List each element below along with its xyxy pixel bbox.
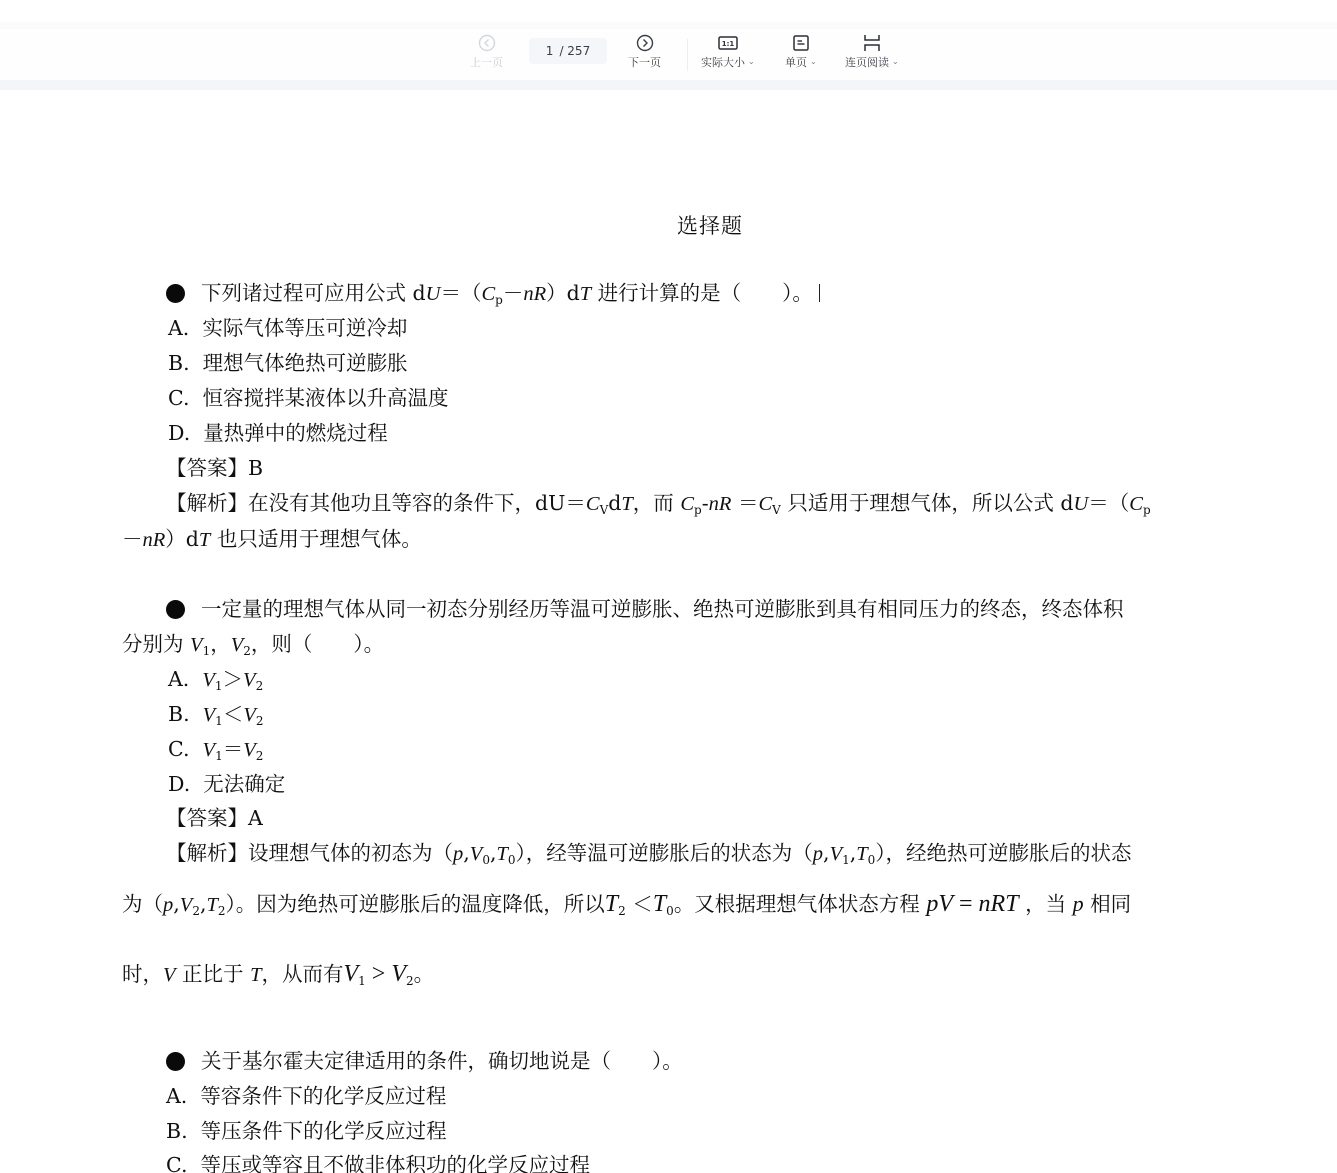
actual-size-dropdown[interactable]: 1:1 实际大小⌄ xyxy=(701,33,755,70)
section-title: 选择题 xyxy=(0,210,1337,240)
question-2-analysis-line-3: 时，V 正比于 T，从而有V1 > V2。 xyxy=(122,957,434,988)
question-1-analysis-line-1: 【解析】在没有其他功且等容的条件下，dU＝CVdT，而 Cp-nR ＝CV 只适… xyxy=(166,486,1151,517)
single-page-icon xyxy=(793,33,809,53)
reader-toolbar: 上一页 1 / 257 下一页 1:1 实际大小⌄ 单页⌄ 连页阅读⌄ xyxy=(0,29,1337,80)
continuous-reading-dropdown[interactable]: 连页阅读⌄ xyxy=(845,33,899,70)
chevron-left-circle-icon xyxy=(478,33,496,53)
prev-page-label: 上一页 xyxy=(470,54,503,70)
toolbar-shadow xyxy=(0,80,1337,90)
single-page-dropdown[interactable]: 单页⌄ xyxy=(785,33,817,70)
question-1-analysis-line-2: －nR）dT 也只适用于理想气体。 xyxy=(122,522,422,552)
text-cursor xyxy=(819,284,820,302)
continuous-scroll-icon xyxy=(863,33,881,53)
question-2-stem-line-1: 一定量的理想气体从同一初态分别经历等温可逆膨胀、绝热可逆膨胀到具有相同压力的终态… xyxy=(166,592,1124,622)
prev-page-button[interactable]: 上一页 xyxy=(470,33,503,70)
divider xyxy=(0,22,1337,29)
question-3-option-b: B. 等压条件下的化学反应过程 xyxy=(166,1114,447,1144)
question-1-option-b: B. 理想气体绝热可逆膨胀 xyxy=(168,346,408,376)
actual-size-label: 实际大小 xyxy=(701,54,745,70)
question-1-option-a: A. 实际气体等压可逆冷却 xyxy=(168,311,407,341)
window-top-strip xyxy=(0,0,1337,22)
question-2-option-a: A. V1＞V2 xyxy=(168,662,263,693)
chevron-down-icon: ⌄ xyxy=(892,57,899,66)
question-3-stem: 关于基尔霍夫定律适用的条件，确切地说是（ ）。 xyxy=(166,1044,683,1074)
page-number-field[interactable]: 1 / 257 xyxy=(529,38,607,64)
question-2-answer: 【答案】A xyxy=(166,801,263,831)
next-page-button[interactable]: 下一页 xyxy=(628,33,661,70)
question-1-answer: 【答案】B xyxy=(166,451,263,481)
svg-text:1:1: 1:1 xyxy=(722,40,735,48)
chevron-right-circle-icon xyxy=(636,33,654,53)
bullet-icon xyxy=(166,284,185,303)
chevron-down-icon: ⌄ xyxy=(810,57,817,66)
toolbar-divider xyxy=(687,39,688,71)
question-2-option-b: B. V1＜V2 xyxy=(168,697,263,728)
continuous-reading-label: 连页阅读 xyxy=(845,54,889,70)
bullet-icon xyxy=(166,1052,185,1071)
next-page-label: 下一页 xyxy=(628,54,661,70)
question-1-stem: 下列诸过程可应用公式 dU＝（Cp－nR）dT 进行计算的是（ ）。 xyxy=(166,276,820,307)
total-pages: / 257 xyxy=(559,44,590,58)
question-2-analysis-line-2: 为（p,V2,T2）。因为绝热可逆膨胀后的温度降低，所以T2 ＜T0。又根据理想… xyxy=(122,887,1131,918)
question-1-option-c: C. 恒容搅拌某液体以升高温度 xyxy=(168,381,449,411)
question-3-option-a: A. 等容条件下的化学反应过程 xyxy=(166,1079,446,1109)
question-2-analysis-line-1: 【解析】设理想气体的初态为（p,V0,T0），经等温可逆膨胀后的状态为（p,V1… xyxy=(166,836,1132,867)
current-page-input[interactable]: 1 xyxy=(546,44,554,58)
question-2-option-d: D. 无法确定 xyxy=(168,767,285,797)
chevron-down-icon: ⌄ xyxy=(748,57,755,66)
question-1-option-d: D. 量热弹中的燃烧过程 xyxy=(168,416,388,446)
one-to-one-icon: 1:1 xyxy=(718,33,738,53)
bullet-icon xyxy=(166,600,185,619)
document-page: 选择题 下列诸过程可应用公式 dU＝（Cp－nR）dT 进行计算的是（ ）。 A… xyxy=(0,90,1337,1173)
question-3-option-c: C. 等压或等容且不做非体积功的化学反应过程 xyxy=(166,1148,590,1173)
question-2-option-c: C. V1＝V2 xyxy=(168,732,263,763)
single-page-label: 单页 xyxy=(785,54,807,70)
question-2-stem-line-2: 分别为 V1，V2，则（ ）。 xyxy=(122,627,384,658)
